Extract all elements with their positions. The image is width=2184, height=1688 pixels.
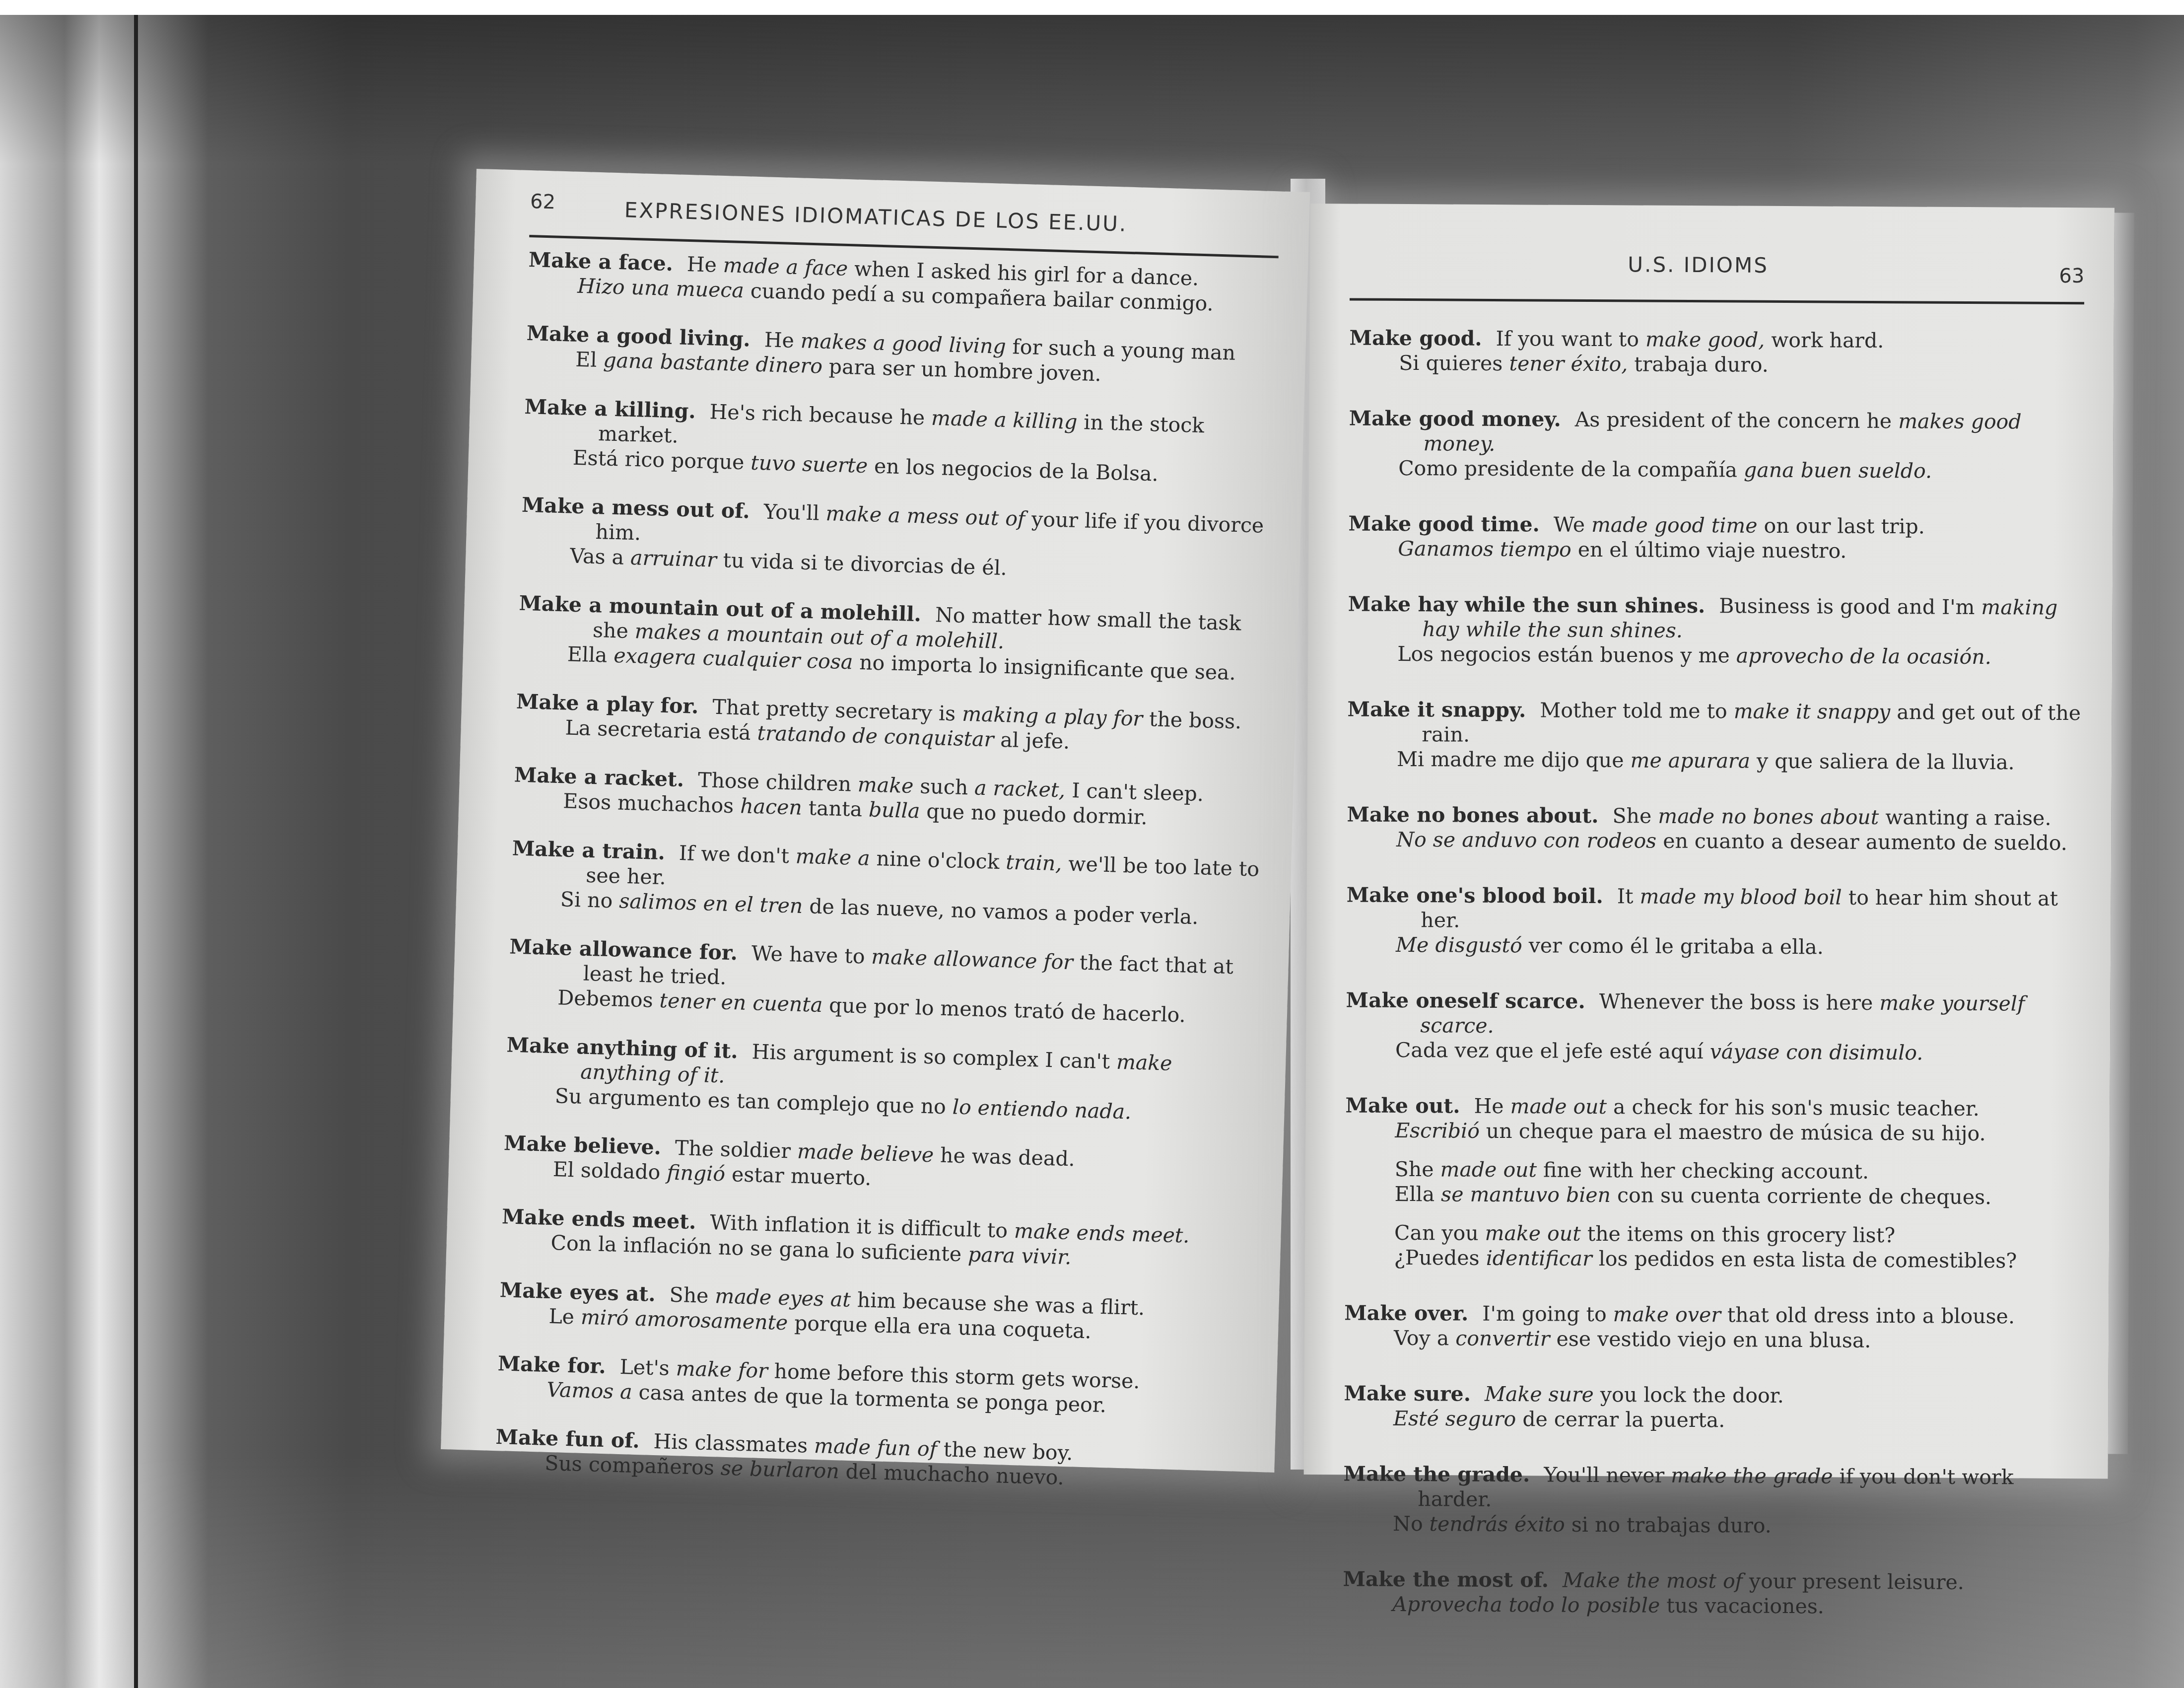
text-run: Sus compañeros <box>545 1451 721 1480</box>
idiom-usage: made no bones about <box>1658 804 1879 829</box>
idiom-term: Make good time. <box>1349 511 1540 536</box>
page-number: 62 <box>530 190 556 213</box>
idiom-usage: made believe <box>797 1139 934 1167</box>
idiom-usage: miró amorosamente <box>580 1305 788 1335</box>
text-run: She <box>1612 804 1658 828</box>
text-run: Whenever the boss is here <box>1599 989 1880 1015</box>
idiom-usage: No se anduvo con rodeos <box>1396 828 1656 853</box>
idiom-usage: Make sure <box>1485 1382 1594 1407</box>
english-example: Make good time.We made good time on our … <box>1348 511 2083 540</box>
text-run: tanta <box>802 796 869 822</box>
english-example: Make oneself scarce.Whenever the boss is… <box>1346 987 2081 1041</box>
text-run: estar muerto. <box>725 1162 872 1190</box>
idiom-term: Make good money. <box>1349 406 1561 431</box>
spanish-translation: Los negocios están buenos y me aprovecho… <box>1348 641 2082 670</box>
spanish-translation: ¿Puedes identificar los pedidos en esta … <box>1345 1245 2079 1273</box>
text-run: Can you <box>1394 1221 1485 1245</box>
english-example: Make out.He made out a check for his son… <box>1345 1093 2080 1122</box>
text-run: ver como él le gritaba a ella. <box>1522 933 1824 959</box>
idiom-usage: make allowance for <box>871 945 1074 974</box>
text-run: You'll <box>763 499 826 525</box>
idiom-entry: Make good.If you want to make good, work… <box>1349 325 2084 379</box>
idiom-usage: making a play for <box>962 702 1143 731</box>
idiom-usage: Ganamos tiempo <box>1398 537 1571 562</box>
text-run: on our last trip. <box>1757 514 1925 539</box>
idiom-entry: Make a play for.That pretty secretary is… <box>515 689 1266 760</box>
text-run: en el último viaje nuestro. <box>1571 538 1847 563</box>
text-run: un cheque para el maestro de música de s… <box>1480 1119 1986 1145</box>
text-run: nine o'clock <box>870 846 1006 874</box>
idiom-usage: make <box>857 773 914 798</box>
text-run: the items on this grocery list? <box>1581 1222 1896 1247</box>
idiom-term: Make oneself scarce. <box>1346 988 1585 1013</box>
idiom-entry: Make hay while the sun shines.Business i… <box>1348 591 2083 670</box>
idiom-usage: made fun of <box>814 1434 938 1461</box>
idiom-usage: tener en cuenta <box>659 988 823 1017</box>
idiom-entry: Make a mountain out of a molehill.No mat… <box>517 591 1269 686</box>
spanish-translation: Esté seguro de cerrar la puerta. <box>1344 1406 2078 1434</box>
idiom-term: Make good. <box>1349 326 1482 350</box>
scan-edge-shadow <box>134 15 138 1688</box>
idiom-usage: Hizo una mueca <box>577 274 745 302</box>
idiom-usage: váyase con disimulo. <box>1710 1040 1923 1064</box>
idiom-entry: Make no bones about.She made no bones ab… <box>1347 802 2082 855</box>
text-run: de cerrar la puerta. <box>1516 1407 1725 1432</box>
idiom-usage: Escribió <box>1395 1119 1480 1143</box>
idiom-usage: made eyes at <box>715 1284 851 1312</box>
idiom-usage: Aprovecha todo lo posible <box>1392 1592 1660 1618</box>
spanish-translation: Mi madre me dijo que me apurara y que sa… <box>1347 746 2082 775</box>
spanish-translation: No tendrás éxito si no trabajas duro. <box>1343 1511 2078 1540</box>
text-run: I'm going to <box>1482 1302 1613 1326</box>
idiom-entry: Make the most of.Make the most of your p… <box>1343 1566 2078 1620</box>
idiom-list: Make a face.He made a face when I asked … <box>440 236 1308 1496</box>
idiom-entry: Make it snappy.Mother told me to make it… <box>1347 697 2082 775</box>
text-run: He's rich because he <box>709 400 932 429</box>
idiom-usage: train, <box>1006 850 1062 875</box>
spanish-translation: Me disgustó ver como él le gritaba a ell… <box>1346 932 2081 961</box>
text-run: ¿Puedes <box>1394 1246 1486 1270</box>
text-run: tus vacaciones. <box>1660 1594 1824 1618</box>
text-run: you lock the door. <box>1594 1383 1784 1407</box>
idiom-usage: tendrás éxito <box>1430 1512 1565 1536</box>
idiom-entry: Make allowance for.We have to make allow… <box>508 934 1259 1029</box>
english-example: Make the most of.Make the most of your p… <box>1343 1566 2077 1595</box>
idiom-term: Make a mountain out of a molehill. <box>519 591 922 627</box>
spanish-translation: Aprovecha todo lo posible tus vacaciones… <box>1343 1591 2077 1620</box>
spanish-translation: Escribió un cheque para el maestro de mú… <box>1345 1118 2080 1146</box>
idiom-term: Make sure. <box>1344 1381 1471 1406</box>
idiom-list: Make good.If you want to make good, work… <box>1303 300 2114 1620</box>
idiom-usage: identificar <box>1486 1246 1592 1270</box>
idiom-usage: make a mess out of <box>825 501 1025 531</box>
text-run: y que saliera de la lluvia. <box>1750 749 2015 774</box>
idiom-usage: Make the most of <box>1563 1568 1743 1593</box>
idiom-term: Make allowance for. <box>509 934 738 965</box>
english-example: Make good.If you want to make good, work… <box>1349 325 2084 354</box>
text-run: Mi madre me dijo que <box>1397 747 1631 772</box>
idiom-usage: make for <box>676 1356 768 1383</box>
idiom-term: Make over. <box>1344 1301 1468 1325</box>
idiom-term: Make the grade. <box>1343 1462 1530 1486</box>
idiom-usage: me apurara <box>1631 748 1751 773</box>
english-example: She made out fine with her checking acco… <box>1345 1156 2080 1185</box>
idiom-entry: Make out.He made out a check for his son… <box>1345 1093 2080 1273</box>
text-run: She <box>669 1283 715 1308</box>
left-page: 62 EXPRESIONES IDIOMATICAS DE LOS EE.UU.… <box>441 169 1310 1473</box>
text-run: Esos muchachos <box>563 789 741 818</box>
idiom-term: Make it snappy. <box>1348 697 1526 722</box>
text-run: As president of the concern he <box>1575 408 1899 433</box>
right-page: U.S. IDIOMS 63 Make good.If you want to … <box>1304 204 2115 1478</box>
english-example: Make no bones about.She made no bones ab… <box>1347 802 2081 831</box>
idiom-usage: gana buen sueldo. <box>1744 458 1932 483</box>
idiom-entry: Make a killing.He's rich because he made… <box>523 394 1274 490</box>
idiom-usage: made my blood boil <box>1639 884 1842 909</box>
text-run: wanting a raise. <box>1879 805 2051 830</box>
text-run: Los negocios están buenos y me <box>1397 642 1736 668</box>
idiom-usage: Vamos a <box>546 1378 633 1404</box>
text-run: Como presidente de la compañía <box>1398 456 1744 482</box>
text-run: Si quieres <box>1399 351 1509 375</box>
idiom-entry: Make sure.Make sure you lock the door.Es… <box>1344 1381 2079 1434</box>
idiom-usage: lo entiendo nada. <box>952 1095 1131 1124</box>
english-example: Make over.I'm going to make over that ol… <box>1344 1300 2079 1329</box>
idiom-entry: Make one's blood boil.It made my blood b… <box>1346 882 2081 961</box>
text-run: No <box>1393 1512 1430 1536</box>
idiom-term: Make one's blood boil. <box>1347 883 1603 908</box>
text-run: work hard. <box>1765 328 1884 352</box>
text-run: It <box>1617 884 1640 908</box>
text-run: los pedidos en esta lista de comestibles… <box>1592 1247 2017 1272</box>
idiom-usage: se burlaron <box>720 1456 839 1483</box>
idiom-usage: make out <box>1485 1221 1581 1246</box>
text-run: Ella <box>1394 1182 1441 1206</box>
spanish-translation: Voy a convertir ese vestido viejo en una… <box>1344 1325 2079 1354</box>
idiom-entry: Make good time.We made good time on our … <box>1348 511 2083 564</box>
running-head-right: U.S. IDIOMS 63 <box>1350 204 2085 304</box>
text-run: such <box>913 774 975 799</box>
text-run: She <box>1395 1157 1440 1181</box>
spanish-translation: Ganamos tiempo en el último viaje nuestr… <box>1348 536 2083 564</box>
idiom-entry: Make a train.If we don't make a nine o'c… <box>510 836 1262 931</box>
idiom-usage: gana bastante dinero <box>603 348 823 378</box>
idiom-term: Make believe. <box>504 1131 662 1159</box>
idiom-term: Make ends meet. <box>501 1204 696 1234</box>
text-run: His classmates <box>653 1429 815 1458</box>
text-run: Ella <box>567 642 614 667</box>
idiom-usage: fingió <box>667 1160 726 1186</box>
text-run: ese vestido viejo en una blusa. <box>1550 1327 1871 1352</box>
idiom-entry: Make ends meet.With inflation it is diff… <box>501 1204 1251 1274</box>
idiom-usage: make good, <box>1645 328 1765 352</box>
text-run: Mother told me to <box>1540 698 1734 723</box>
idiom-term: Make for. <box>497 1351 606 1378</box>
text-run: El soldado <box>552 1157 667 1184</box>
spanish-translation: Como presidente de la compañía gana buen… <box>1349 455 2083 484</box>
idiom-usage: Esté seguro <box>1393 1407 1516 1431</box>
english-example: Make hay while the sun shines.Business i… <box>1348 591 2083 645</box>
text-run: Business is good and I'm <box>1719 594 1981 619</box>
idiom-usage: aprovecho de la ocasión. <box>1736 644 1991 669</box>
text-run: the new boy. <box>937 1437 1073 1465</box>
idiom-usage: a racket, <box>974 776 1066 802</box>
idiom-term: Make a face. <box>528 248 673 276</box>
idiom-entry: Make good money.As president of the conc… <box>1349 406 2084 484</box>
text-run: We have to <box>751 941 872 969</box>
text-run: the boss. <box>1142 707 1242 734</box>
idiom-usage: convertir <box>1455 1327 1550 1351</box>
spanish-translation: Ella se mantuvo bien con su cuenta corri… <box>1345 1181 2079 1210</box>
idiom-usage: made good time <box>1591 513 1758 538</box>
idiom-usage: tener éxito, <box>1509 352 1628 376</box>
text-run: si no trabajas duro. <box>1565 1513 1772 1538</box>
idiom-entry: Make a face.He made a face when I asked … <box>528 247 1278 318</box>
text-run: Let's <box>619 1355 677 1380</box>
text-run: trabaja duro. <box>1628 352 1769 376</box>
idiom-entry: Make anything of it.His argument is so c… <box>505 1032 1256 1127</box>
idiom-entry: Make a racket.Those children make such a… <box>513 763 1264 833</box>
idiom-usage: tuvo suerte <box>751 451 868 478</box>
english-example: Make good money.As president of the conc… <box>1349 406 2084 459</box>
text-run: al jefe. <box>994 728 1070 754</box>
english-example: Can you make out the items on this groce… <box>1345 1220 2079 1249</box>
text-run: en cuanto a desear aumento de sueldo. <box>1656 829 2067 855</box>
idiom-term: Make a mess out of. <box>521 493 750 523</box>
english-example: Make the grade.You'll never make the gra… <box>1343 1461 2078 1515</box>
text-run: fine with her checking account. <box>1537 1158 1869 1184</box>
text-run: Those children <box>698 768 858 796</box>
spanish-translation: Cada vez que el jefe esté aquí váyase co… <box>1346 1037 2080 1066</box>
idiom-usage: Me disgustó <box>1396 933 1522 957</box>
text-run: We <box>1554 513 1591 537</box>
text-run: Está rico porque <box>572 446 751 475</box>
text-run: If we don't <box>679 841 796 868</box>
idiom-usage: arruinar <box>630 546 717 572</box>
text-run: he was dead. <box>934 1143 1076 1171</box>
idiom-usage: para vivir. <box>967 1243 1072 1269</box>
idiom-entry: Make oneself scarce.Whenever the boss is… <box>1346 987 2081 1066</box>
text-run: Debemos <box>557 985 660 1012</box>
idiom-entry: Make eyes at.She made eyes at him becaus… <box>499 1277 1249 1348</box>
text-run: He <box>1474 1094 1510 1118</box>
text-run: Le <box>548 1304 581 1329</box>
running-head-title: U.S. IDIOMS <box>1628 252 1769 277</box>
idiom-entry: Make the grade.You'll never make the gra… <box>1343 1461 2078 1540</box>
idiom-usage: made out <box>1440 1157 1537 1182</box>
text-run: You'll never <box>1544 1463 1671 1487</box>
text-run: El <box>575 348 604 372</box>
idiom-term: Make eyes at. <box>499 1278 656 1306</box>
idiom-term: Make a play for. <box>516 690 699 718</box>
idiom-usage: make it snappy <box>1734 699 1891 724</box>
idiom-entry: Make a good living.He makes a good livin… <box>526 321 1276 391</box>
idiom-term: Make the most of. <box>1343 1567 1549 1592</box>
idiom-usage: made a face <box>723 253 848 281</box>
text-run: La secretaria está <box>565 715 757 745</box>
text-run: Si no <box>560 887 619 913</box>
text-run: que no puedo dormir. <box>920 799 1148 829</box>
idiom-term: Make a killing. <box>524 395 696 423</box>
english-example: Make one's blood boil.It made my blood b… <box>1346 882 2081 936</box>
english-example: Make it snappy.Mother told me to make it… <box>1347 697 2082 750</box>
idiom-usage: make over <box>1613 1302 1721 1327</box>
idiom-term: Make hay while the sun shines. <box>1348 592 1706 618</box>
text-run: Cada vez que el jefe esté aquí <box>1395 1038 1710 1063</box>
text-run: a check for his son's music teacher. <box>1607 1095 1979 1121</box>
text-run: I can't sleep. <box>1065 778 1204 806</box>
idiom-usage: bulla <box>868 798 920 823</box>
idiom-entry: Make over.I'm going to make over that ol… <box>1344 1300 2079 1354</box>
page-number: 63 <box>2059 265 2084 287</box>
idiom-term: Make no bones about. <box>1347 802 1598 828</box>
idiom-usage: make a <box>795 844 870 870</box>
text-run: that old dress into a blouse. <box>1721 1303 2015 1328</box>
text-run: Voy a <box>1394 1326 1455 1350</box>
text-run: He <box>764 328 801 352</box>
text-run: your present leisure. <box>1743 1569 1964 1594</box>
idiom-usage: made a killing <box>931 406 1078 434</box>
text-run: If you want to <box>1496 327 1645 352</box>
idiom-term: Make fun of. <box>495 1425 640 1453</box>
idiom-entry: Make a mess out of.You'll make a mess ou… <box>520 492 1272 588</box>
idiom-usage: salimos en el tren <box>619 889 803 918</box>
text-run: He <box>686 252 723 277</box>
idiom-term: Make anything of it. <box>506 1033 738 1063</box>
idiom-term: Make a train. <box>512 837 666 865</box>
idiom-term: Make out. <box>1345 1093 1460 1118</box>
running-head-title: EXPRESIONES IDIOMATICAS DE LOS EE.UU. <box>624 198 1128 236</box>
text-run: con su cuenta corriente de cheques. <box>1611 1183 1991 1209</box>
idiom-usage: se mantuvo bien <box>1441 1182 1611 1207</box>
idiom-entry: Make for.Let's make for home before this… <box>497 1351 1247 1421</box>
idiom-usage: hacen <box>740 794 803 819</box>
text-run: Vas a <box>570 544 631 569</box>
spanish-translation: No se anduvo con rodeos en cuanto a dese… <box>1347 827 2081 855</box>
idiom-entry: Make believe.The soldier made believe he… <box>503 1130 1253 1201</box>
idiom-usage: make the grade <box>1671 1464 1833 1488</box>
spanish-translation: Si quieres tener éxito, trabaja duro. <box>1349 350 2084 379</box>
idiom-usage: made out <box>1510 1094 1607 1119</box>
idiom-usage: make ends meet. <box>1014 1219 1190 1248</box>
text-run: The soldier <box>675 1136 797 1163</box>
english-example: Make sure.Make sure you lock the door. <box>1344 1381 2078 1409</box>
idiom-term: Make a racket. <box>514 763 684 792</box>
text-run: His argument is so complex I can't <box>751 1040 1117 1073</box>
